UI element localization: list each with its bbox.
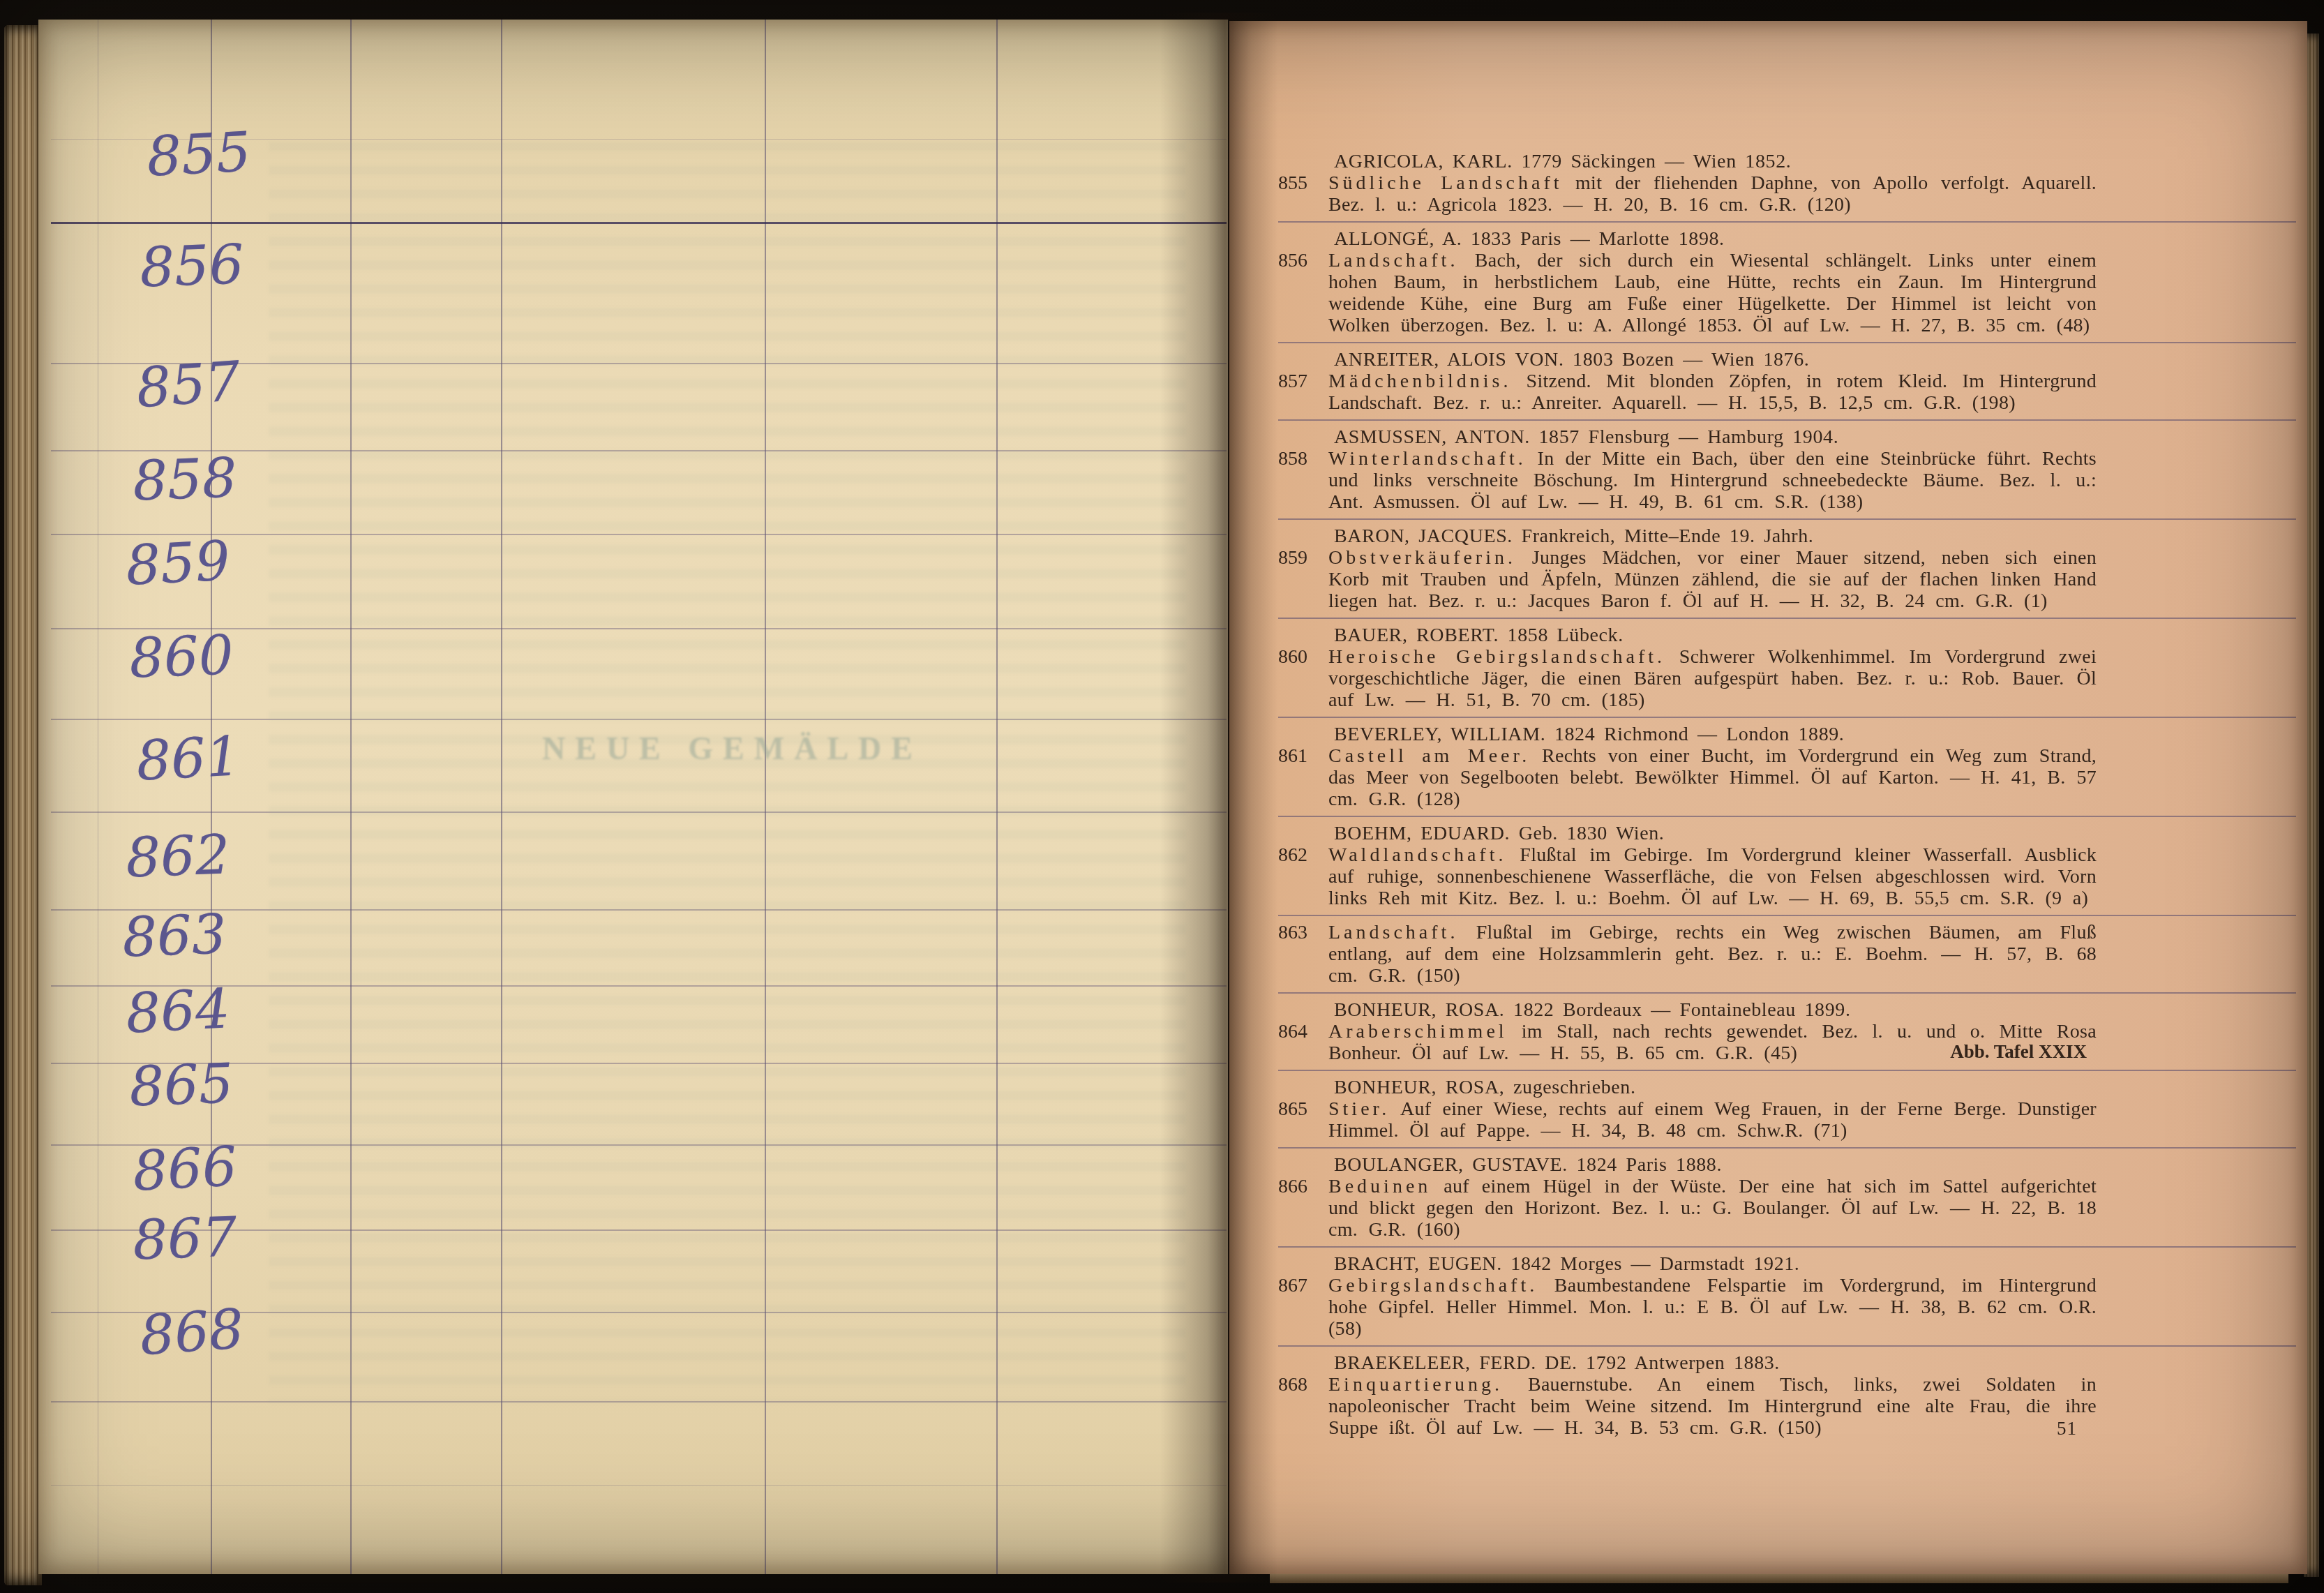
artist-header: BRACHT, EUGEN. 1842 Morges — Darmstadt 1… [1334,1253,2296,1275]
entry-description: Stier. Auf einer Wiese, rechts auf einem… [1328,1098,2296,1142]
artist-header: AGRICOLA, KARL. 1779 Säckingen — Wien 18… [1334,151,2296,172]
catalog-entry: BONHEUR, ROSA. 1822 Bordeaux — Fontaineb… [1278,992,2296,1070]
ledger-page-left: NEUE GEMÄLDE 855856857858859860861862863… [38,20,1228,1574]
catalog-number: 861 [1278,745,1328,767]
artist-header: BARON, JACQUES. Frankreich, Mitte–Ende 1… [1334,525,2296,547]
book-page-edge-bottom [1270,1574,2288,1583]
handwritten-number: 868 [123,1299,260,1366]
entry-description: Landschaft. Bach, der sich durch ein Wie… [1328,250,2296,336]
catalog-entry: ANREITER, ALOIS VON. 1803 Bozen — Wien 1… [1278,342,2296,419]
artist-header: BOULANGER, GUSTAVE. 1824 Paris 1888. [1334,1154,2296,1176]
catalog-page-right: AGRICOLA, KARL. 1779 Säckingen — Wien 18… [1229,21,2307,1574]
catalog-number: 859 [1278,547,1328,569]
artist-header: ASMUSSEN, ANTON. 1857 Flensburg — Hambur… [1334,426,2296,448]
artwork-title: Waldlandschaft. [1328,844,1506,866]
bleedthrough-text: NEUE GEMÄLDE [542,730,922,767]
ledger-row-line [51,1401,1227,1403]
handwritten-number: 860 [114,626,249,689]
artist-header: BOEHM, EDUARD. Geb. 1830 Wien. [1334,823,2296,844]
artist-header: ANREITER, ALOIS VON. 1803 Bozen — Wien 1… [1334,349,2296,371]
catalog-number: 868 [1278,1374,1328,1396]
artist-header: BEVERLEY, WILLIAM. 1824 Richmond — Londo… [1334,724,2296,745]
catalog-number: 860 [1278,646,1328,668]
catalog-entry: 863 Landschaft. Flußtal im Gebirge, rech… [1278,915,2296,992]
entry-description: Landschaft. Flußtal im Gebirge, rechts e… [1328,922,2296,987]
artist-header: BONHEUR, ROSA, zugeschrieben. [1334,1077,2296,1098]
handwritten-number: 859 [110,531,246,597]
handwritten-number: 863 [107,905,242,968]
ledger-row-line [51,719,1227,720]
handwritten-number: 865 [114,1054,249,1118]
page-number: 51 [2057,1418,2077,1439]
plate-reference: Abb. Tafel XXIX [1950,1041,2087,1063]
entry-description: Mädchenbildnis. Sitzend. Mit blonden Zöp… [1328,371,2296,414]
catalog-entry-list: AGRICOLA, KARL. 1779 Säckingen — Wien 18… [1278,145,2296,1444]
artwork-title: Heroische Gebirgslandschaft. [1328,646,1665,668]
book-page-edges-left [4,25,42,1585]
entry-description: Obstverkäuferin. Junges Mädchen, vor ein… [1328,547,2296,612]
handwritten-number: 867 [118,1208,253,1271]
catalog-entry: ASMUSSEN, ANTON. 1857 Flensburg — Hambur… [1278,419,2296,518]
catalog-number: 866 [1278,1176,1328,1197]
ledger-row-line [51,812,1227,813]
handwritten-number: 866 [117,1137,253,1202]
catalog-number: 865 [1278,1098,1328,1120]
artwork-title: Einquartierung. [1328,1374,1503,1396]
ledger-column-line [98,20,98,1574]
catalog-number: 863 [1278,922,1328,943]
handwritten-number: 855 [131,122,267,188]
handwritten-number: 862 [111,825,246,889]
catalog-entry: AGRICOLA, KARL. 1779 Säckingen — Wien 18… [1278,145,2296,221]
catalog-entry: BEVERLEY, WILLIAM. 1824 Richmond — Londo… [1278,717,2296,816]
ledger-column-line [501,20,502,1574]
entry-description: Winterlandschaft. In der Mitte ein Bach,… [1328,448,2296,513]
artwork-title: Winterlandschaft. [1328,448,1527,470]
artist-header: BAUER, ROBERT. 1858 Lübeck. [1334,625,2296,646]
entry-description: Araberschimmel im Stall, nach rechts gew… [1328,1021,2296,1064]
handwritten-number: 856 [125,235,260,299]
catalog-number: 867 [1278,1275,1328,1296]
catalog-entry: BONHEUR, ROSA, zugeschrieben. 865 Stier.… [1278,1070,2296,1147]
handwritten-number: 858 [118,449,253,512]
catalog-entry: BRACHT, EUGEN. 1842 Morges — Darmstadt 1… [1278,1246,2296,1345]
artist-header: ALLONGÉ, A. 1833 Paris — Marlotte 1898. [1334,228,2296,250]
catalog-number: 862 [1278,844,1328,866]
artwork-title: Mädchenbildnis. [1328,371,1511,392]
entry-description: Südliche Landschaft mit der fliehenden D… [1328,172,2296,216]
entry-description: Heroische Gebirgslandschaft. Schwerer Wo… [1328,646,2296,711]
ledger-column-line [996,20,998,1574]
artwork-title: Landschaft. [1328,250,1458,271]
catalog-entry: BOULANGER, GUSTAVE. 1824 Paris 1888. 866… [1278,1147,2296,1246]
book-photo: NEUE GEMÄLDE 855856857858859860861862863… [0,0,2324,1593]
ledger-column-line [350,20,352,1574]
artwork-title: Südliche Landschaft [1328,172,1563,194]
catalog-number: 857 [1278,371,1328,392]
handwritten-number: 861 [121,726,256,792]
catalog-number: 855 [1278,172,1328,194]
artwork-title: Landschaft. [1328,922,1458,943]
artwork-title: Obstverkäuferin. [1328,547,1516,569]
catalog-entry: BARON, JACQUES. Frankreich, Mitte–Ende 1… [1278,518,2296,618]
catalog-entry: ALLONGÉ, A. 1833 Paris — Marlotte 1898. … [1278,221,2296,342]
artist-header: BONHEUR, ROSA. 1822 Bordeaux — Fontaineb… [1334,999,2296,1021]
entry-description: Beduinen auf einem Hügel in der Wüste. D… [1328,1176,2296,1241]
catalog-entry: BRAEKELEER, FERD. DE. 1792 Antwerpen 188… [1278,1345,2296,1444]
catalog-entry: BAUER, ROBERT. 1858 Lübeck. 860 Heroisch… [1278,618,2296,717]
catalog-number: 856 [1278,250,1328,271]
ledger-row-line [51,1485,1227,1486]
artwork-title: Stier. [1328,1098,1390,1120]
artwork-title: Castell am Meer. [1328,745,1530,767]
handwritten-number: 864 [110,979,246,1045]
entry-description: Waldlandschaft. Flußtal im Gebirge. Im V… [1328,844,2296,909]
bleedthrough-stripes [269,142,1186,1403]
handwritten-number: 857 [120,351,256,419]
entry-description: Einquartierung. Bauernstube. An einem Ti… [1328,1374,2296,1439]
entry-description: Castell am Meer. Rechts von einer Bucht,… [1328,745,2296,810]
entry-description: Gebirgslandschaft. Baumbestandene Felspa… [1328,1275,2296,1340]
artwork-title: Araberschimmel [1328,1021,1508,1042]
ledger-column-line [765,20,766,1574]
ledger-row-line [51,222,1227,224]
artwork-title: Beduinen [1328,1176,1431,1197]
artist-header: BRAEKELEER, FERD. DE. 1792 Antwerpen 188… [1334,1352,2296,1374]
catalog-entry: BOEHM, EDUARD. Geb. 1830 Wien. 862 Waldl… [1278,816,2296,915]
artwork-title: Gebirgslandschaft. [1328,1275,1538,1296]
catalog-number: 864 [1278,1021,1328,1042]
catalog-number: 858 [1278,448,1328,470]
